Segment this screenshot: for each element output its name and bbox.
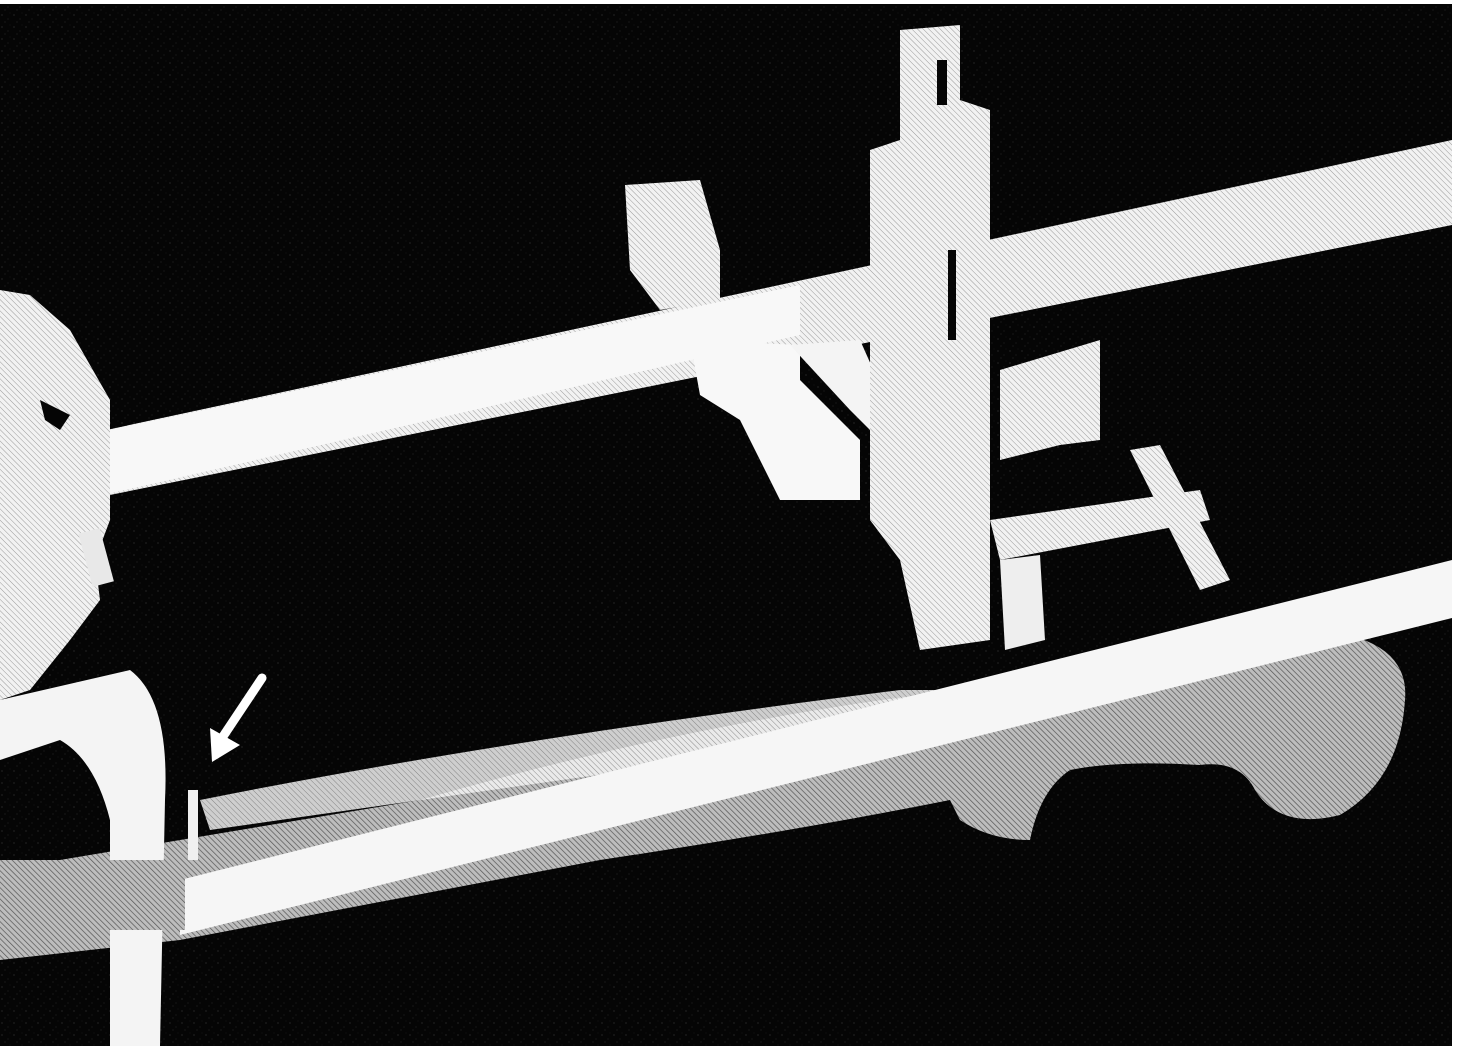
halftone-photograph — [0, 0, 1461, 1053]
pin — [188, 790, 198, 860]
